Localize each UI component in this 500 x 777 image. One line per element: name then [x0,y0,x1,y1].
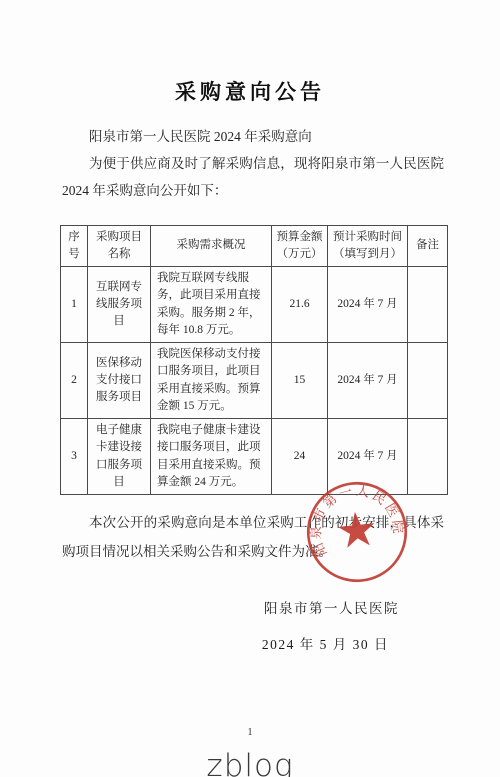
cell-seq: 1 [61,267,88,343]
cell-time: 2024 年 7 月 [328,419,408,495]
cell-project-name: 医保移动支付接口服务项目 [88,343,151,419]
page-number: 1 [0,727,500,738]
col-header-budget: 预算金额（万元） [272,226,328,267]
cell-budget: 21.6 [272,267,328,343]
cell-budget: 24 [272,419,328,495]
cell-budget: 15 [272,343,328,419]
col-header-project-name: 采购项目名称 [88,226,151,267]
cell-time: 2024 年 7 月 [328,267,408,343]
closing-paragraph: 本次公开的采购意向是本单位采购工作的初步安排，具体采购项目情况以相关采购公告和采… [62,508,444,566]
procurement-intent-table: 序号 采购项目名称 采购需求概况 预算金额（万元） 预计采购时间（填写到月） 备… [60,225,448,495]
col-header-overview: 采购需求概况 [151,226,272,267]
signature-date: 2024 年 5 月 30 日 [0,633,389,653]
table-row: 2 医保移动支付接口服务项目 我院医保移动支付接口服务项目，此项目采用直接采购。… [61,343,448,419]
cell-project-name: 电子健康卡建设接口服务项目 [88,419,151,495]
table-row: 3 电子健康卡建设接口服务项目 我院电子健康卡建设接口服务项目，此项目采用直接采… [61,419,448,495]
watermark-zblog: zblog [0,748,500,777]
table-header-row: 序号 采购项目名称 采购需求概况 预算金额（万元） 预计采购时间（填写到月） 备… [61,226,448,267]
intro-paragraph: 为便于供应商及时了解采购信息，现将阳泉市第一人民医院 2024 年采购意向公开如… [62,150,444,204]
cell-seq: 3 [61,419,88,495]
document-page: 采购意向公告 阳泉市第一人民医院 2024 年采购意向 为便于供应商及时了解采购… [0,0,500,777]
col-header-time: 预计采购时间（填写到月） [328,226,408,267]
cell-time: 2024 年 7 月 [328,343,408,419]
intro-line: 阳泉市第一人民医院 2024 年采购意向 [62,123,444,150]
col-header-note: 备注 [408,226,448,267]
col-header-seq: 序号 [61,226,88,267]
cell-note [408,267,448,343]
signature-block: 阳泉市第一人民医院 2024 年 5 月 30 日 [0,597,500,653]
cell-note [408,343,448,419]
cell-project-name: 互联网专线服务项目 [88,267,151,343]
table-row: 1 互联网专线服务项目 我院互联网专线服务，此项目采用直接采购。服务期 2 年，… [61,267,448,343]
cell-seq: 2 [61,343,88,419]
cell-overview: 我院互联网专线服务，此项目采用直接采购。服务期 2 年，每年 10.8 万元。 [151,267,272,343]
signature-org: 阳泉市第一人民医院 [0,597,399,617]
cell-overview: 我院医保移动支付接口服务项目，此项目采用直接采购。预算金额 15 万元。 [151,343,272,419]
page-title: 采购意向公告 [0,0,500,106]
cell-overview: 我院电子健康卡建设接口服务项目，此项目采用直接采购。预算金额 24 万元。 [151,419,272,495]
cell-note [408,419,448,495]
